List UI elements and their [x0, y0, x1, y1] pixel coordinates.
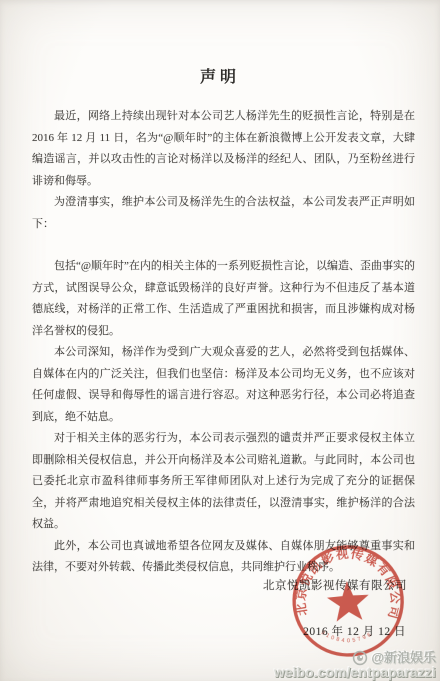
svg-text:9108405796: 9108405796 — [320, 626, 375, 646]
document-body: 最近，网络上持续出现针对本公司艺人杨洋先生的贬损性言论，特别是在2016 年 1… — [32, 106, 415, 579]
watermark-url: weibo.com/entpaparazzi — [274, 666, 436, 681]
company-red-seal: 北京悦凯影视传媒有限公司 9108405796 — [286, 537, 410, 661]
seal-number: 9108405796 — [320, 626, 375, 646]
document-title: 声明 — [0, 64, 440, 87]
paragraph-1: 最近，网络上持续出现针对本公司艺人杨洋先生的贬损性言论，特别是在2016 年 1… — [32, 106, 415, 192]
watermark-handle: @新浪娱乐 — [371, 651, 436, 665]
statement-document-photo: 声明 最近，网络上持续出现针对本公司艺人杨洋先生的贬损性言论，特别是在2016 … — [0, 0, 440, 681]
paragraph-2: 为澄清事实，维护本公司及杨洋先生的合法权益，本公司发表严正声明如下： — [32, 192, 415, 235]
weibo-eye-logo-icon — [352, 650, 368, 666]
paragraph-5: 对于相关主体的恶劣行为，本公司表示强烈的谴责并严正要求侵权主体立即删除相关侵权信… — [32, 428, 415, 536]
seal-star-icon — [326, 580, 370, 623]
paragraph-4: 本公司深知，杨洋作为受到广大观众喜爱的艺人，必然将受到包括媒体、自媒体在内的广泛… — [32, 342, 415, 428]
weibo-watermark: @新浪娱乐 weibo.com/entpaparazzi — [274, 650, 436, 681]
paragraph-3: 包括“@顺年时”在内的相关主体的一系列贬损性言论，以编造、歪曲事实的方式，试图误… — [32, 256, 415, 342]
